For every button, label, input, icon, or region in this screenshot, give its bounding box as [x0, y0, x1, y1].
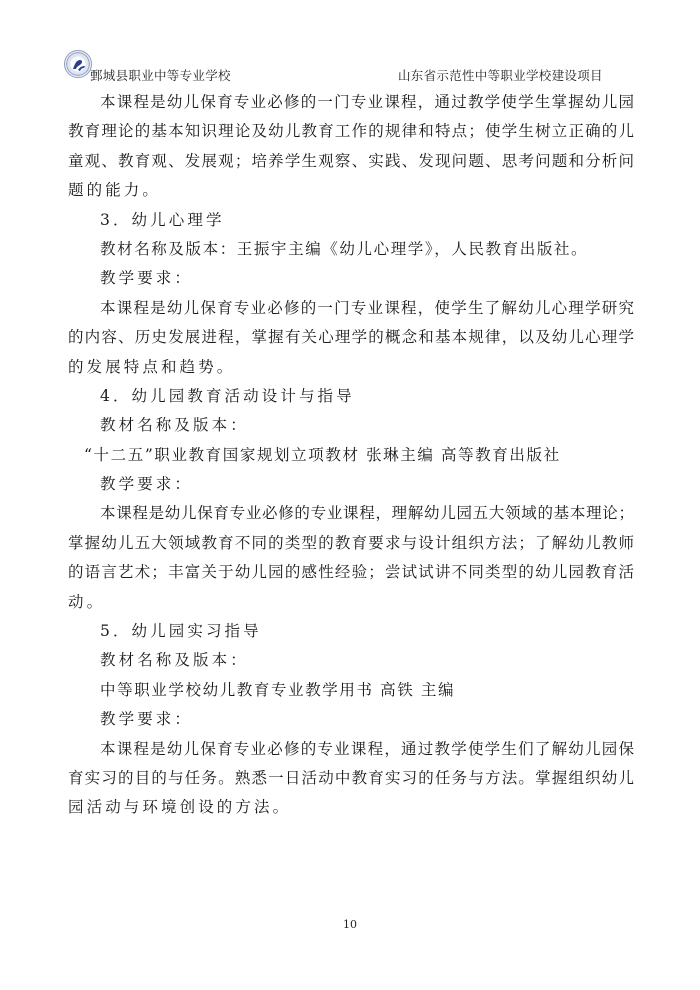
- paragraph-line: 园活动与环境创设的方法。: [68, 793, 634, 822]
- paragraph-line: 本课程是幼儿保育专业必修的专业课程，通过教学使学生们了解幼儿园保: [68, 735, 634, 764]
- section-heading: 5．幼儿园实习指导: [68, 617, 634, 646]
- textbook-label: 教材名称及版本：: [68, 411, 634, 440]
- section-heading: 4．幼儿园教育活动设计与指导: [68, 382, 634, 411]
- paragraph-line: 的语言艺术；丰富关于幼儿园的感性经验；尝试试讲不同类型的幼儿园教育活: [68, 558, 634, 587]
- paragraph-line: 的内容、历史发展进程，掌握有关心理学的概念和基本规律，以及幼儿心理学: [68, 323, 634, 352]
- page-header: 鄄城县职业中等专业学校 山东省示范性中等职业学校建设项目: [64, 50, 644, 86]
- textbook-value: 中等职业学校幼儿教育专业教学用书 高铁 主编: [68, 676, 634, 705]
- paragraph-line: 掌握幼儿五大领域教育不同的类型的教育要求与设计组织方法；了解幼儿教师: [68, 529, 634, 558]
- paragraph-line: 的发展特点和趋势。: [68, 353, 634, 382]
- header-school-name: 鄄城县职业中等专业学校: [90, 66, 231, 84]
- school-emblem-icon: [64, 50, 92, 78]
- page-number: 10: [0, 918, 700, 931]
- paragraph-line: 动。: [68, 588, 634, 617]
- paragraph-line: 本课程是幼儿保育专业必修的专业课程，理解幼儿园五大领域的基本理论；: [68, 499, 634, 528]
- paragraph-line: 题的能力。: [68, 176, 634, 205]
- textbook-value: “十二五”职业教育国家规划立项教材 张琳主编 高等教育出版社: [68, 441, 634, 470]
- header-project-title: 山东省示范性中等职业学校建设项目: [398, 66, 603, 84]
- textbook-label: 教材名称及版本：: [68, 646, 634, 675]
- requirements-label: 教学要求：: [68, 264, 634, 293]
- paragraph-line: 育实习的目的与任务。熟悉一日活动中教育实习的任务与方法。掌握组织幼儿: [68, 764, 634, 793]
- paragraph-line: 本课程是幼儿保育专业必修的一门专业课程，使学生了解幼儿心理学研究: [68, 294, 634, 323]
- document-body: 本课程是幼儿保育专业必修的一门专业课程，通过教学使学生掌握幼儿园 教育理论的基本…: [68, 88, 634, 823]
- paragraph-line: 教育理论的基本知识理论及幼儿教育工作的规律和特点；使学生树立正确的儿: [68, 117, 634, 146]
- requirements-label: 教学要求：: [68, 470, 634, 499]
- paragraph-line: 本课程是幼儿保育专业必修的一门专业课程，通过教学使学生掌握幼儿园: [68, 88, 634, 117]
- section-heading: 3．幼儿心理学: [68, 206, 634, 235]
- textbook-label: 教材名称及版本：王振宇主编《幼儿心理学》，人民教育出版社。: [68, 235, 634, 264]
- requirements-label: 教学要求：: [68, 705, 634, 734]
- paragraph-line: 童观、教育观、发展观；培养学生观察、实践、发现问题、思考问题和分析问: [68, 147, 634, 176]
